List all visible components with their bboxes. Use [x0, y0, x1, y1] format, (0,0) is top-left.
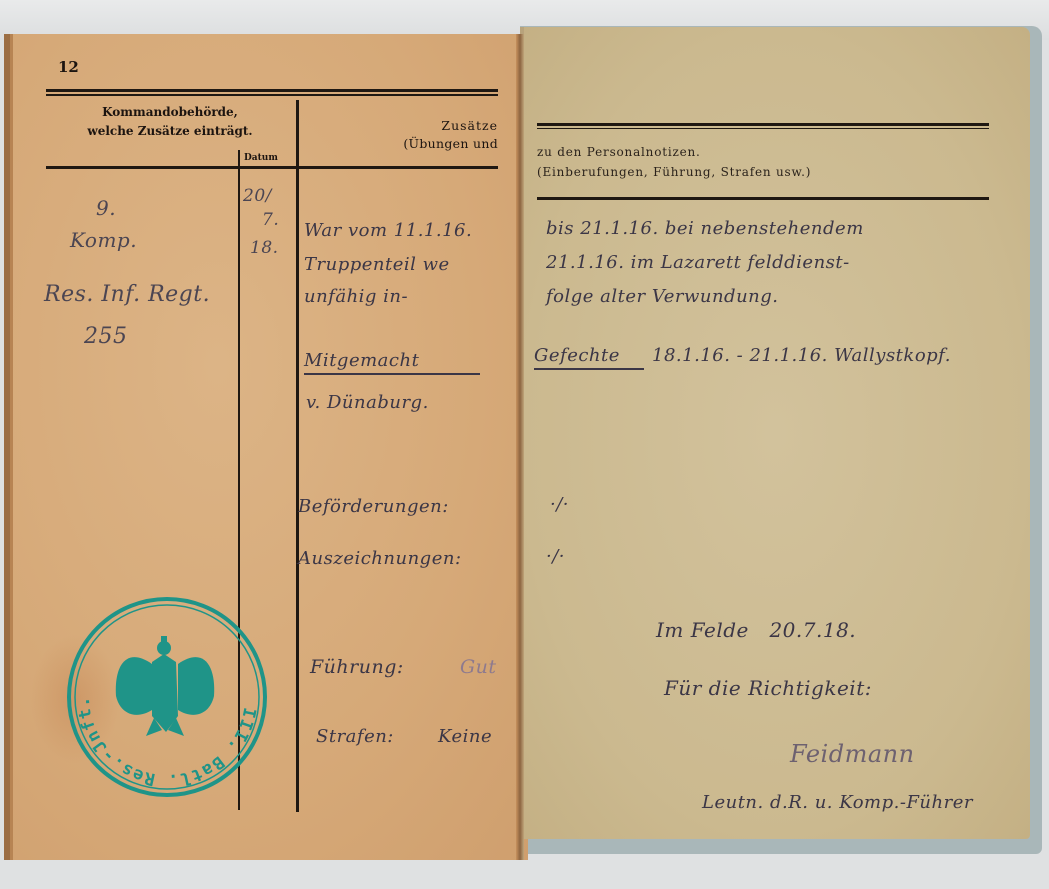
entry-line-1: War vom 11.1.16. [304, 220, 472, 241]
header-rule-top-thin [46, 94, 498, 96]
entry-line-3: unfähig in- [304, 286, 408, 307]
right-header-line-1: zu den Personalnotizen. [537, 142, 701, 162]
right-value-befoerderungen: ·/· [550, 494, 569, 515]
place-date: Im Felde 20.7.18. [656, 618, 856, 642]
authority-regiment-number: 255 [84, 324, 128, 349]
right-value-gefechte: 18.1.16. - 21.1.16. Wallystkopf. [652, 345, 951, 366]
label-auszeichnungen: Auszeichnungen: [298, 548, 462, 569]
right-header-line-2: (Einberufungen, Führung, Strafen usw.) [537, 162, 811, 182]
authority-regiment: Res. Inf. Regt. [44, 282, 210, 307]
right-header-rule-thin [537, 128, 989, 129]
label-strafen: Strafen: [316, 726, 394, 747]
right-header-rule-bottom [537, 197, 989, 200]
regiment-stamp: III. Batl. Res.-Jnft.-Regiment 255. ✱ [66, 596, 268, 798]
header-zusaetze: Zusätze [300, 116, 498, 136]
entry-mitgemacht: Mitgemacht [304, 350, 480, 375]
entry-column-line [296, 100, 299, 812]
certification-text: Für die Richtigkeit: [664, 676, 872, 700]
eagle-icon [116, 636, 214, 736]
label-befoerderungen: Beförderungen: [298, 496, 449, 517]
date-day: 20/ [243, 186, 272, 206]
authority-company-number: 9. [96, 196, 116, 220]
date-year: 18. [250, 238, 279, 258]
header-rule-top-thick [46, 89, 498, 92]
value-strafen: Keine [438, 726, 492, 747]
book-gutter [516, 34, 524, 860]
right-header-rule-thick [537, 123, 989, 126]
header-datum: Datum [244, 153, 278, 163]
header-authority-line-2: welche Zusätze einträgt. [60, 121, 280, 141]
entry-line-2: Truppenteil we [304, 254, 450, 275]
page-number: 12 [58, 58, 79, 76]
date-month: 7. [262, 210, 279, 230]
right-entry-line-2: 21.1.16. im Lazarett felddienst- [546, 252, 850, 273]
officer-rank: Leutn. d.R. u. Komp.-Führer [702, 792, 973, 813]
authority-company: Komp. [70, 228, 137, 252]
value-fuehrung: Gut [460, 656, 497, 678]
right-entry-line-3: folge alter Verwundung. [546, 286, 779, 307]
entry-duenaburg: v. Dünaburg. [306, 392, 429, 413]
right-label-gefechte: Gefechte [534, 345, 644, 370]
right-entry-line-1: bis 21.1.16. bei nebenstehendem [546, 218, 864, 239]
right-value-auszeichnungen: ·/· [546, 546, 565, 567]
header-uebungen: (Übungen und [300, 134, 498, 154]
header-authority-line-1: Kommandobehörde, [60, 102, 280, 122]
label-fuehrung: Führung: [310, 656, 404, 678]
officer-signature: Feidmann [790, 740, 915, 768]
header-rule-bottom [46, 166, 498, 169]
